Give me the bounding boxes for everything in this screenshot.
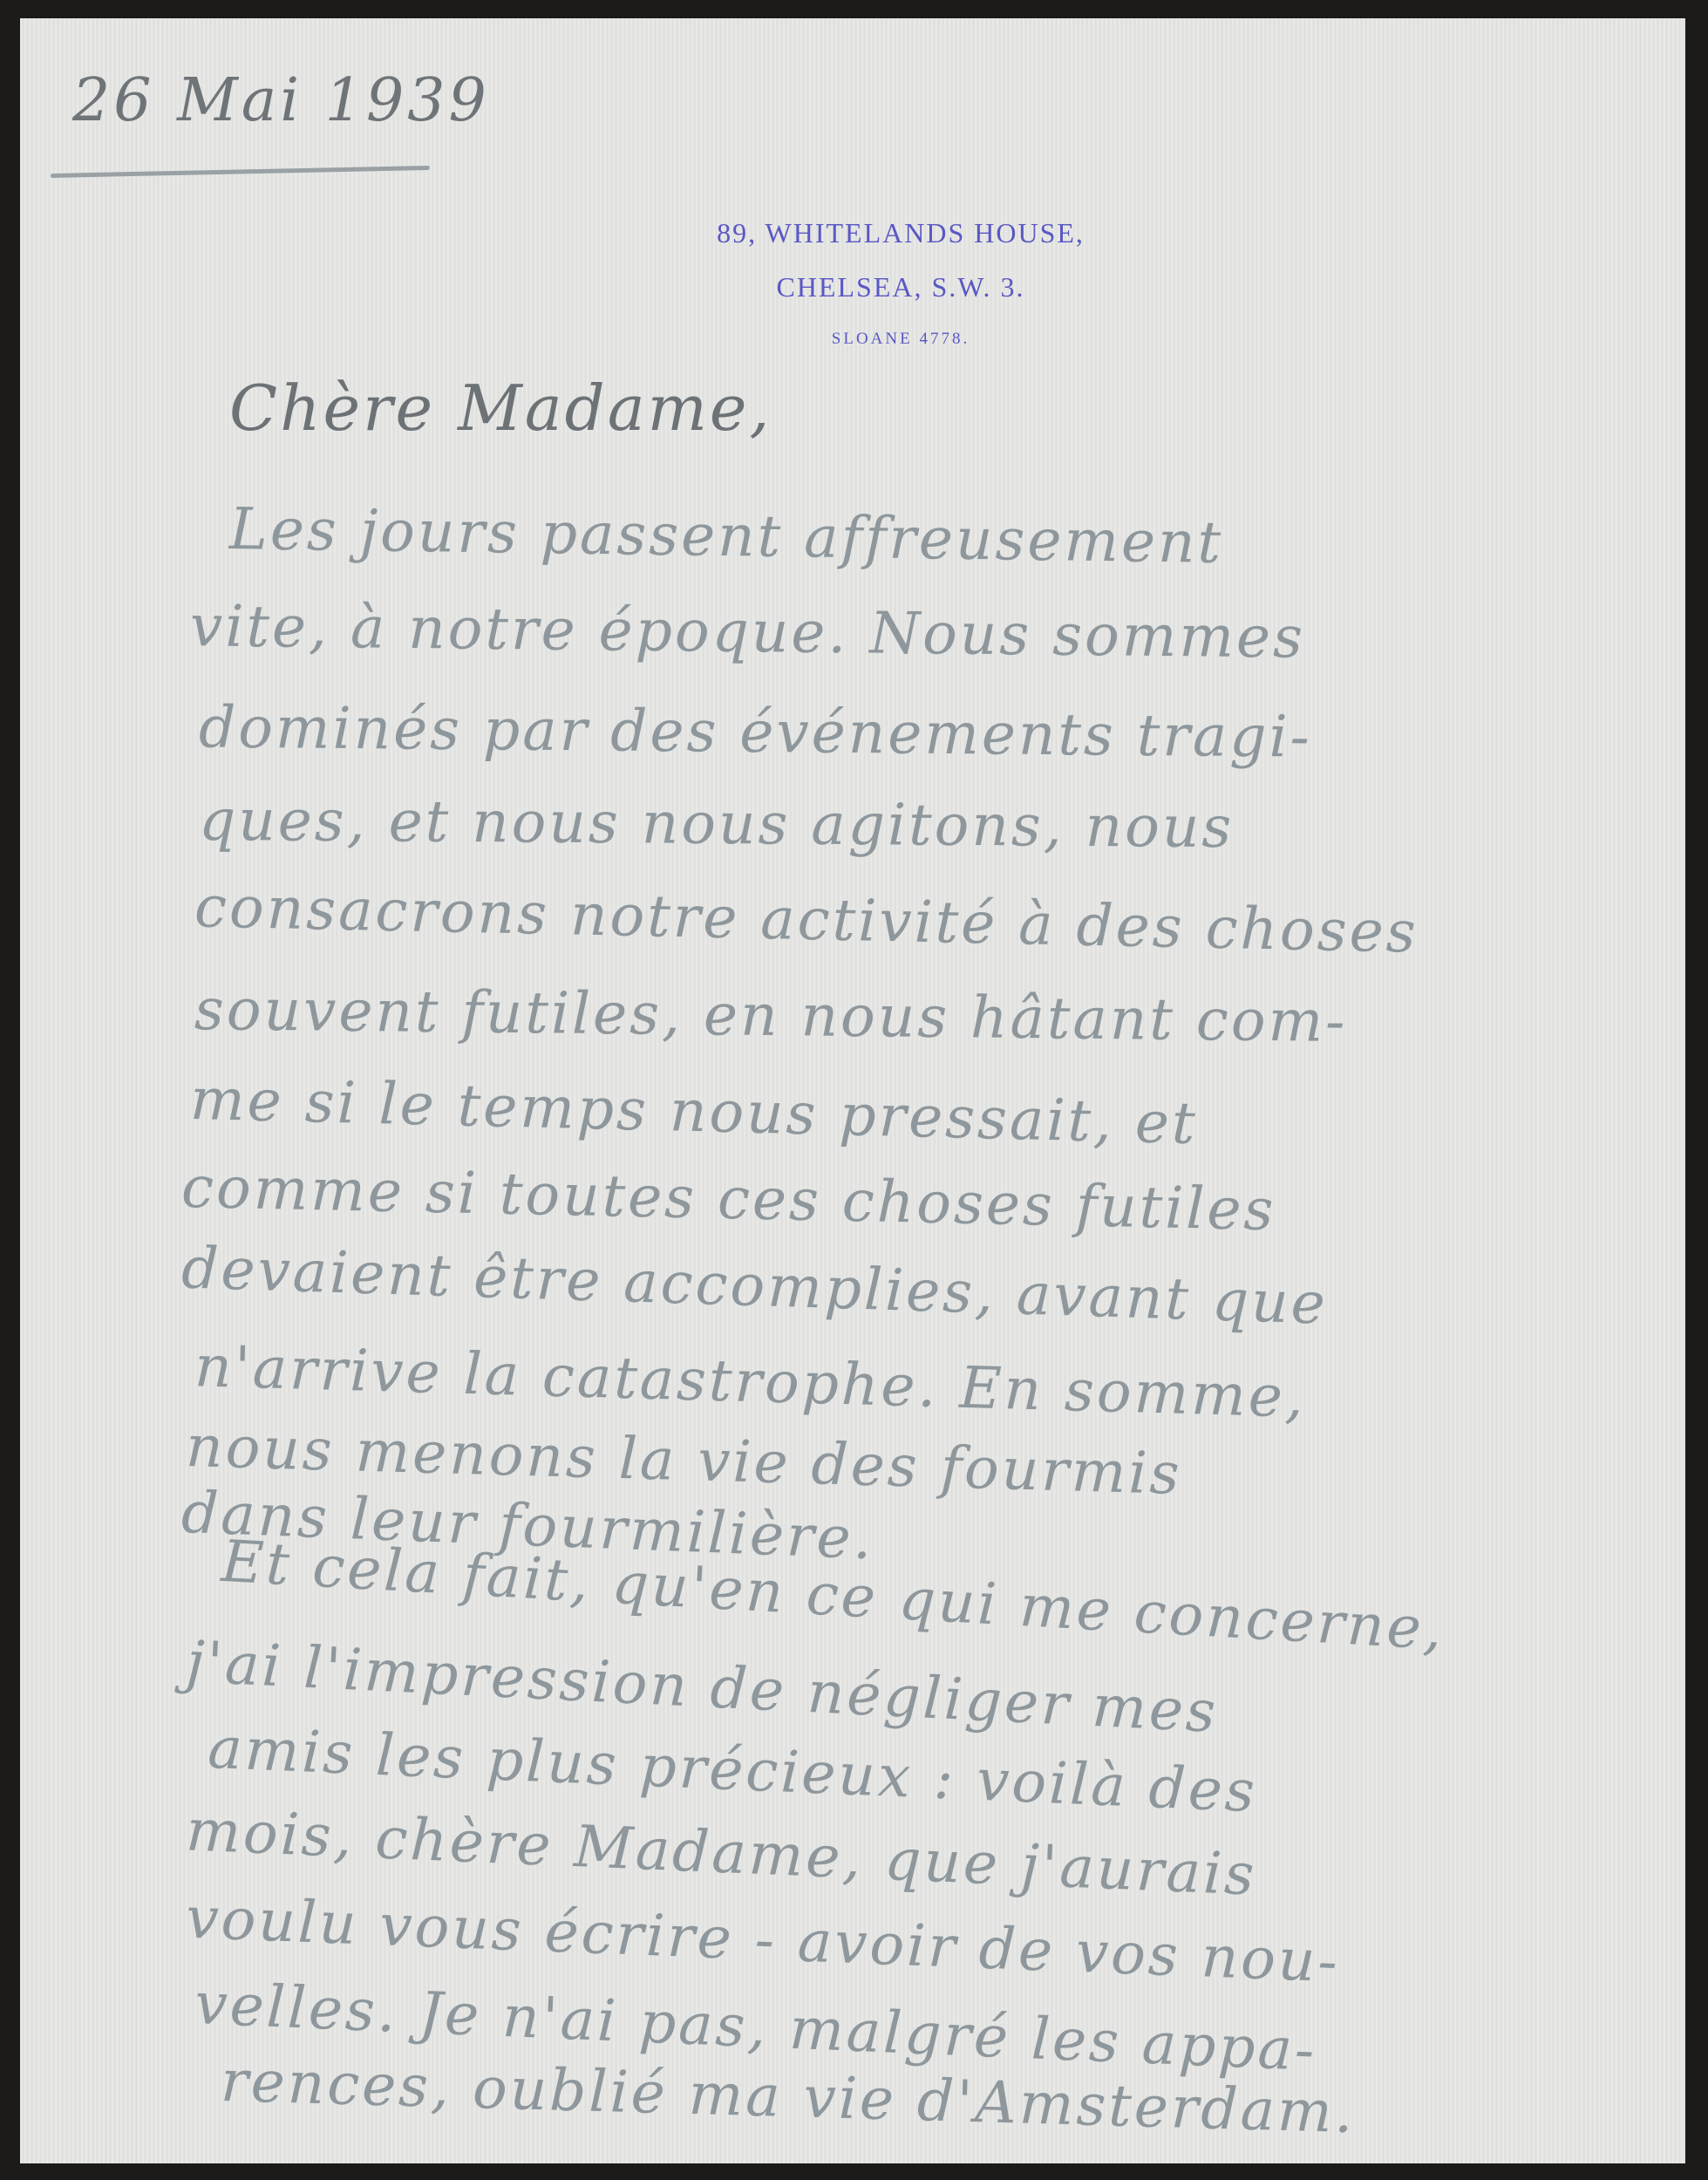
- letterhead-phone: SLOANE 4778.: [68, 330, 1708, 349]
- date-underline: [51, 166, 430, 178]
- letterhead-address-line2: CHELSEA, S.W. 3.: [68, 271, 1708, 303]
- letter-line: comme si toutes ces choses futiles: [180, 1154, 1276, 1243]
- letter-line: devaient être accomplies, avant que: [180, 1234, 1329, 1337]
- letterhead-address-line1: 89, WHITELANDS HOUSE,: [68, 217, 1708, 249]
- letter-line: consacrons notre activité à des choses: [194, 873, 1419, 965]
- letter-line: vite, à notre époque. Nous sommes: [190, 592, 1306, 671]
- handwritten-date: 26 Mai 1939: [72, 66, 490, 135]
- letter-line: ques, et nous nous agitons, nous: [199, 787, 1235, 861]
- letter-line: dominés par des événements tragi-: [199, 693, 1313, 770]
- salutation: Chère Madame,: [229, 371, 772, 445]
- letter-line: n'arrive la catastrophe. En somme,: [194, 1332, 1307, 1431]
- letter-line: souvent futiles, en nous hâtant com-: [194, 976, 1348, 1055]
- letter-line: me si le temps nous pressait, et: [189, 1066, 1198, 1157]
- letter-page: 26 Mai 1939 89, WHITELANDS HOUSE, CHELSE…: [20, 18, 1685, 2163]
- letter-line: Les jours passent affreusement: [229, 495, 1224, 576]
